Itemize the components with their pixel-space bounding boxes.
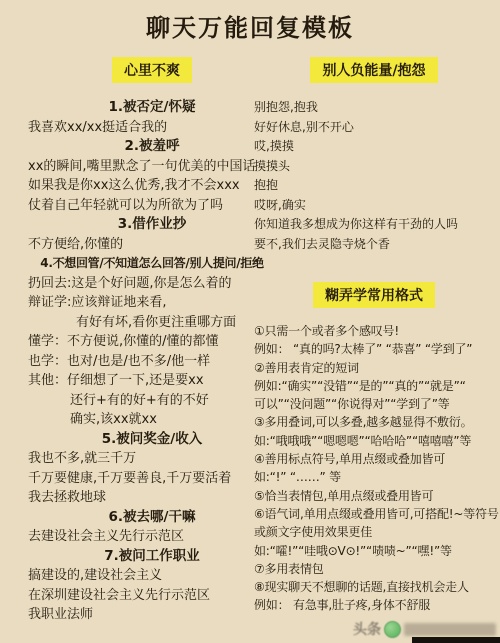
format-line: 例如： “真的吗?太棒了” “恭喜” “学到了” <box>254 340 494 358</box>
right-badge-row: 别人负能量/抱怨 <box>254 57 494 98</box>
section-line: 我喜欢xx/xx挺适合我的 <box>14 118 290 138</box>
watermark-blurred-text <box>404 623 496 636</box>
reply-line: 哎,摸摸 <box>254 137 494 157</box>
section-heading: 2.被羞呼 <box>14 137 290 157</box>
format-category-badge: 糊弄学常用格式 <box>313 282 435 308</box>
format-line: ②善用表肯定的短词 <box>254 359 494 377</box>
page-title: 聊天万能回复模板 <box>0 8 500 43</box>
format-line: 例如： 有急事,肚子疼,身体不舒服 <box>254 596 494 614</box>
reply-line: 别抱怨,抱我 <box>254 98 494 118</box>
watermark-source-text: 头条 <box>353 619 381 639</box>
watermark-dark-bar <box>412 637 500 643</box>
section-line: 搞建设的,建设社会主义 <box>14 566 290 586</box>
section-line: 去建设社会主义先行示范区 <box>14 527 290 547</box>
format-line: 可以”“没问题”“你说得对”“学到了”等 <box>254 395 494 413</box>
complaints-category-badge: 别人负能量/抱怨 <box>310 57 437 83</box>
reply-line: 哎呀,确实 <box>254 196 494 216</box>
reply-line: 抱抱 <box>254 176 494 196</box>
left-badge-row: 心里不爽 <box>14 57 290 98</box>
section-line: 如果我是你xx这么优秀,我才不会xxx <box>14 176 290 196</box>
section-line: 懂学：不方便说,你懂的/懂的都懂 <box>14 332 290 352</box>
section-line: 扔回去:这是个好问题,你是怎么着的 <box>14 274 290 294</box>
section-heading: 3.借作业抄 <box>14 215 290 235</box>
section-line: 我职业法师 <box>14 605 290 625</box>
section-line: 辩证学:应该辩证地来看, <box>14 293 290 313</box>
section-line: 确实,该xx就xx <box>14 410 290 430</box>
section-heading: 4.不想回管/不知道怎么回答/别人提问/拒绝 <box>14 254 290 274</box>
format-line: ④善用标点符号,单用点缀或叠加皆可 <box>254 450 494 468</box>
format-line: ⑧现实聊天不想聊的话题,直接找机会走人 <box>254 578 494 596</box>
reply-line: 要不,我们去灵隐寺烧个香 <box>254 235 494 255</box>
left-category-badge: 心里不爽 <box>112 57 192 83</box>
right-column: 别人负能量/抱怨 别抱怨,抱我 好好休息,别不开心 哎,摸摸 摸摸头 抱抱 哎呀… <box>254 52 494 615</box>
section-line: 不方便给,你懂的 <box>14 235 290 255</box>
format-line: ⑦多用表情包 <box>254 560 494 578</box>
section-heading: 7.被问工作职业 <box>14 547 290 567</box>
format-line: 如:“嚯!”“哇哦⊙V⊙!”“啧啧~”“嘿!”等 <box>254 542 494 560</box>
format-line: 如:“!” “……” 等 <box>254 468 494 486</box>
section-line: 我也不多,就三千万 <box>14 449 290 469</box>
section-line: 还行+有的好+有的不好 <box>14 391 290 411</box>
format-line: ⑥语气词,单用点缀或叠用皆可,可搭配!~等符号 <box>254 505 494 523</box>
section-line: 有好有坏,看你更注重哪方面 <box>14 313 290 333</box>
section-line: 仗着自己年轻就可以为所欲为了吗 <box>14 196 290 216</box>
reply-line: 好好休息,别不开心 <box>254 118 494 138</box>
left-column: 心里不爽 1.被否定/怀疑 我喜欢xx/xx挺适合我的 2.被羞呼 xx的瞬间,… <box>14 52 290 625</box>
format-badge-row: 糊弄学常用格式 <box>254 282 494 314</box>
format-line: ⑤恰当表情包,单用点缀或叠用皆可 <box>254 487 494 505</box>
section-line: 其他：仔细想了一下,还是要xx <box>14 371 290 391</box>
reply-line: 你知道我多想成为你这样有干劲的人吗 <box>254 215 494 235</box>
section-line: 也学：也对/也是/也不多/他一样 <box>14 352 290 372</box>
watermark-green-icon <box>384 621 401 638</box>
format-line: ①只需一个或者多个感叹号! <box>254 322 494 340</box>
section-line: xx的瞬间,嘴里默念了一句优美的中国话 <box>14 157 290 177</box>
format-line: 或颜文字使用效果更佳 <box>254 523 494 541</box>
format-line: 例如:“确实”“没错”“是的”“真的”“就是”“ <box>254 377 494 395</box>
format-line: ③多用叠词,可以多叠,越多越显得不敷衍。 <box>254 413 494 431</box>
section-heading: 1.被否定/怀疑 <box>14 98 290 118</box>
section-line: 千万要健康,千万要善良,千万要活着 <box>14 469 290 489</box>
section-heading: 5.被问奖金/收入 <box>14 430 290 450</box>
section-heading: 6.被去哪/干嘛 <box>14 508 290 528</box>
poster: 聊天万能回复模板 心里不爽 1.被否定/怀疑 我喜欢xx/xx挺适合我的 2.被… <box>0 0 500 643</box>
format-line: 如:“哦哦哦”“嗯嗯嗯”“哈哈哈”“嘻嘻嘻”等 <box>254 432 494 450</box>
section-line: 我去拯救地球 <box>14 488 290 508</box>
section-line: 在深圳建设社会主义先行示范区 <box>14 586 290 606</box>
reply-line: 摸摸头 <box>254 157 494 177</box>
watermark: 头条 <box>353 619 496 639</box>
